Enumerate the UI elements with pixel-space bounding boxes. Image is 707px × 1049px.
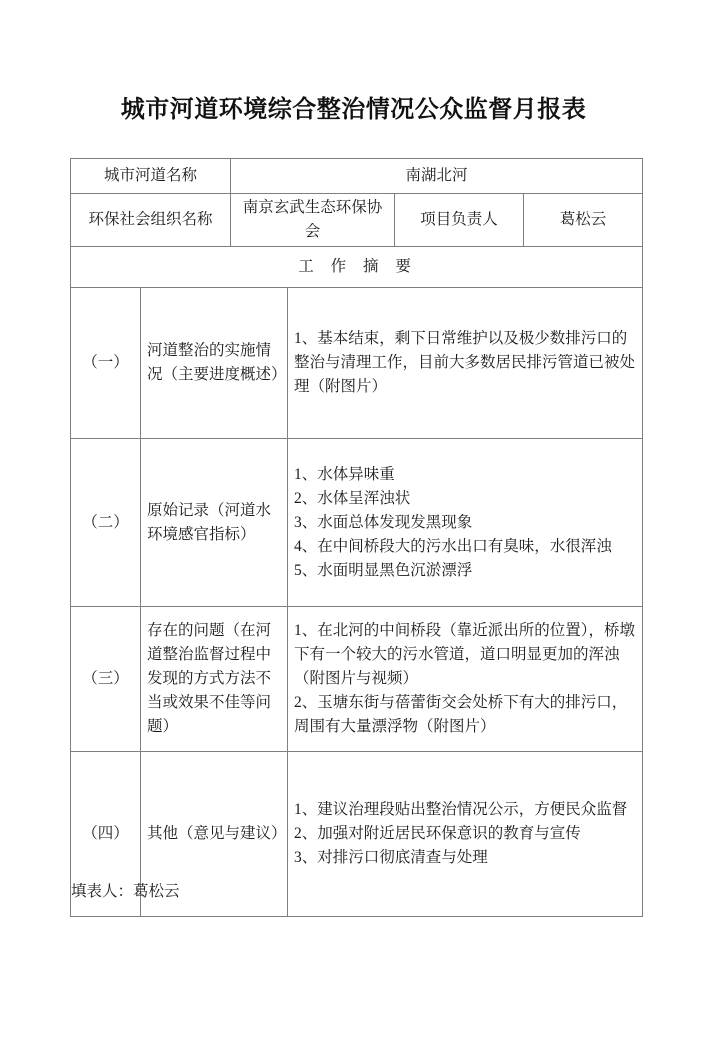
content-item: 1、建议治理段贴出整治情况公示，方便民众监督 xyxy=(294,798,636,822)
content-item: 2、加强对附近居民环保意识的教育与宣传 xyxy=(294,822,636,846)
content-item: 3、水面总体发现发黑现象 xyxy=(294,511,636,535)
row-2-content: 1、水体异味重 2、水体呈浑浊状 3、水面总体发现发黑现象 4、在中间桥段大的污… xyxy=(288,439,643,607)
row-4-content: 1、建议治理段贴出整治情况公示，方便民众监督 2、加强对附近居民环保意识的教育与… xyxy=(288,752,643,917)
row-1-index: （一） xyxy=(71,288,141,439)
river-name-label: 城市河道名称 xyxy=(71,159,231,194)
row-1-label: 河道整治的实施情况（主要进度概述） xyxy=(141,288,288,439)
row-3-index: （三） xyxy=(71,607,141,752)
row-2-index: （二） xyxy=(71,439,141,607)
table-row-1: （一） 河道整治的实施情况（主要进度概述） 1、基本结束，剩下日常维护以及极少数… xyxy=(71,288,643,439)
document-page: 城市河道环境综合整治情况公众监督月报表 城市河道名称 南湖北河 环保社会组织名称… xyxy=(0,0,707,1049)
content-item: 4、在中间桥段大的污水出口有臭味，水很浑浊 xyxy=(294,535,636,559)
row-river-name: 城市河道名称 南湖北河 xyxy=(71,159,643,194)
summary-header: 工 作 摘 要 xyxy=(71,247,643,288)
row-1-content: 1、基本结束，剩下日常维护以及极少数排污口的整治与清理工作，目前大多数居民排污管… xyxy=(288,288,643,439)
table-row-3: （三） 存在的问题（在河道整治监督过程中发现的方式方法不当或效果不佳等问题） 1… xyxy=(71,607,643,752)
form-filler: 填表人：葛松云 xyxy=(71,880,180,904)
row-organization: 环保社会组织名称 南京玄武生态环保协会 项目负责人 葛松云 xyxy=(71,194,643,247)
content-item: 3、对排污口彻底清查与处理 xyxy=(294,846,636,870)
row-3-content: 1、在北河的中间桥段（靠近派出所的位置），桥墩下有一个较大的污水管道，道口明显更… xyxy=(288,607,643,752)
page-title: 城市河道环境综合整治情况公众监督月报表 xyxy=(0,93,707,127)
row-3-label: 存在的问题（在河道整治监督过程中发现的方式方法不当或效果不佳等问题） xyxy=(141,607,288,752)
report-table: 城市河道名称 南湖北河 环保社会组织名称 南京玄武生态环保协会 项目负责人 葛松… xyxy=(70,158,643,917)
leader-value: 葛松云 xyxy=(524,194,643,247)
content-item: 1、在北河的中间桥段（靠近派出所的位置），桥墩下有一个较大的污水管道，道口明显更… xyxy=(294,619,636,691)
org-value: 南京玄武生态环保协会 xyxy=(231,194,395,247)
row-2-label: 原始记录（河道水环境感官指标） xyxy=(141,439,288,607)
content-item: 2、水体呈浑浊状 xyxy=(294,487,636,511)
filler-label: 填表人： xyxy=(71,883,133,900)
content-item: 2、玉塘东街与蓓蕾街交会处桥下有大的排污口，周围有大量漂浮物（附图片） xyxy=(294,691,636,739)
table-row-2: （二） 原始记录（河道水环境感官指标） 1、水体异味重 2、水体呈浑浊状 3、水… xyxy=(71,439,643,607)
org-label: 环保社会组织名称 xyxy=(71,194,231,247)
content-item: 1、水体异味重 xyxy=(294,463,636,487)
leader-label: 项目负责人 xyxy=(395,194,524,247)
content-item: 5、水面明显黑色沉淤漂浮 xyxy=(294,559,636,583)
river-name-value: 南湖北河 xyxy=(231,159,643,194)
filler-value: 葛松云 xyxy=(133,883,180,900)
row-summary-header: 工 作 摘 要 xyxy=(71,247,643,288)
content-paragraph: 1、基本结束，剩下日常维护以及极少数排污口的整治与清理工作，目前大多数居民排污管… xyxy=(294,327,636,399)
